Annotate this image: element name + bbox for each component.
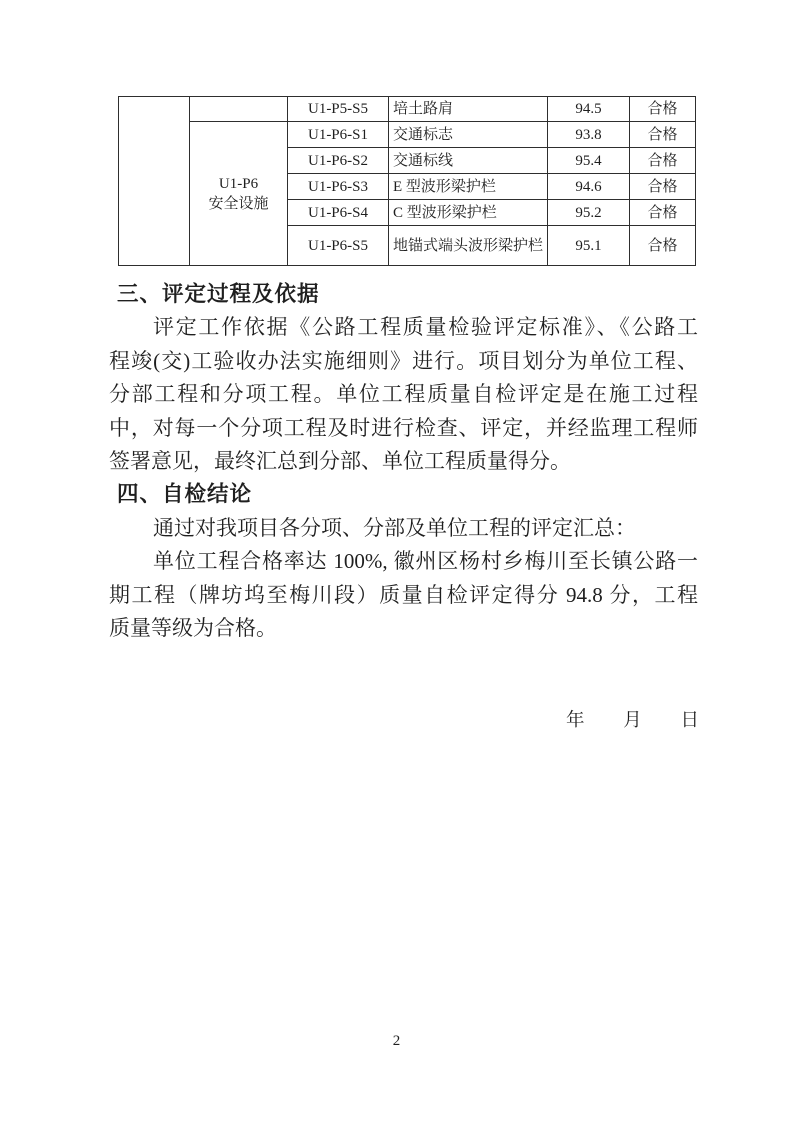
body-line: 中，对每一个分项工程及时进行检查、评定，并经监理工程师 — [109, 412, 698, 445]
section4-heading: 四、自检结论 — [109, 478, 698, 511]
date-year-label: 年 — [566, 710, 585, 732]
score-table: U1-P5-S5 培土路肩 94.5 合格 U1-P6 安全设施 U1-P6-S… — [118, 96, 696, 266]
table-row: U1-P5-S5 培土路肩 94.5 合格 — [119, 97, 696, 122]
cell-code: U1-P6-S3 — [288, 174, 389, 200]
body-line: 评定工作依据《公路工程质量检验评定标准》、《公路工 — [109, 311, 698, 344]
group-code: U1-P6 — [190, 174, 287, 194]
body-line: 程竣(交)工验收办法实施细则》进行。项目划分为单位工程、 — [109, 345, 698, 378]
body-line: 通过对我项目各分项、分部及单位工程的评定汇总： — [109, 512, 698, 545]
cell-grade: 合格 — [630, 226, 696, 266]
unit-column-cell — [119, 97, 190, 266]
cell-name: 交通标线 — [389, 148, 548, 174]
cell-grade: 合格 — [630, 174, 696, 200]
table-row: U1-P6 安全设施 U1-P6-S1 交通标志 93.8 合格 — [119, 122, 696, 148]
cell-code: U1-P6-S4 — [288, 200, 389, 226]
section-group-cell: U1-P6 安全设施 — [190, 122, 288, 266]
cell-name: E 型波形梁护栏 — [389, 174, 548, 200]
body-line: 分部工程和分项工程。单位工程质量自检评定是在施工过程 — [109, 378, 698, 411]
document-page: U1-P5-S5 培土路肩 94.5 合格 U1-P6 安全设施 U1-P6-S… — [0, 0, 793, 1122]
cell-code: U1-P6-S5 — [288, 226, 389, 266]
cell-score: 94.6 — [548, 174, 630, 200]
cell-code: U1-P5-S5 — [288, 97, 389, 122]
cell-score: 95.1 — [548, 226, 630, 266]
body-line: 签署意见，最终汇总到分部、单位工程质量得分。 — [109, 445, 698, 478]
date-month-label: 月 — [623, 710, 642, 732]
cell-name: 交通标志 — [389, 122, 548, 148]
cell-grade: 合格 — [630, 122, 696, 148]
cell-score: 95.4 — [548, 148, 630, 174]
body-line: 期工程（牌坊坞至梅川段）质量自检评定得分 94.8 分，工程 — [109, 579, 698, 612]
cell-name: C 型波形梁护栏 — [389, 200, 548, 226]
date-line: 年 月 日 — [566, 710, 699, 732]
cell-score: 94.5 — [548, 97, 630, 122]
body-text: 三、评定过程及依据 评定工作依据《公路工程质量检验评定标准》、《公路工 程竣(交… — [109, 278, 698, 645]
cell-score: 95.2 — [548, 200, 630, 226]
cell-name: 培土路肩 — [389, 97, 548, 122]
section-column-cell — [190, 97, 288, 122]
cell-grade: 合格 — [630, 148, 696, 174]
cell-grade: 合格 — [630, 97, 696, 122]
date-day-label: 日 — [680, 710, 699, 732]
body-line: 质量等级为合格。 — [109, 612, 698, 645]
cell-grade: 合格 — [630, 200, 696, 226]
cell-code: U1-P6-S1 — [288, 122, 389, 148]
cell-code: U1-P6-S2 — [288, 148, 389, 174]
section3-heading: 三、评定过程及依据 — [109, 278, 698, 311]
cell-name: 地锚式端头波形梁护栏 — [389, 226, 548, 266]
body-line: 单位工程合格率达 100%, 徽州区杨村乡梅川至长镇公路一 — [109, 545, 698, 578]
cell-score: 93.8 — [548, 122, 630, 148]
page-number: 2 — [0, 1033, 793, 1050]
group-name: 安全设施 — [190, 194, 287, 214]
